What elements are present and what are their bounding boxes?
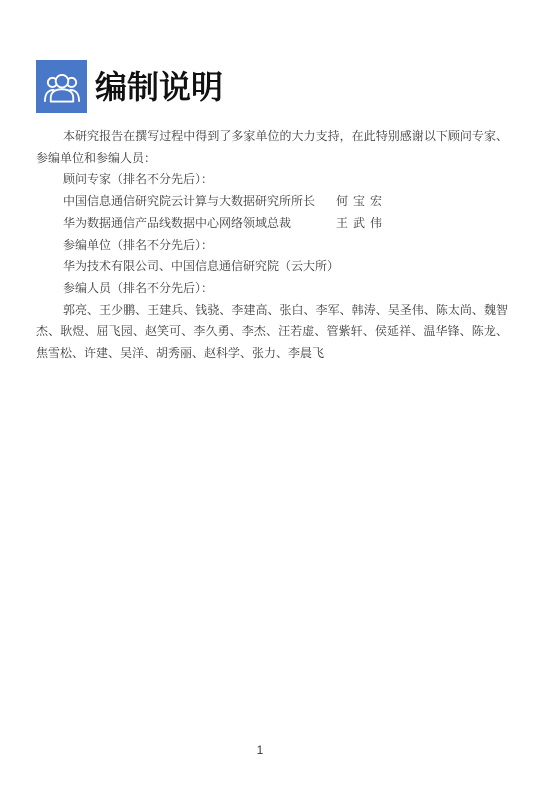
people-group-icon: [36, 60, 87, 113]
people-group-icon-glyph: [42, 67, 82, 107]
section-header: 编制说明: [36, 60, 223, 113]
page-number: 1: [257, 745, 263, 757]
advisor-row: 华为数据通信产品线数据中心网络领域总裁 王武伟: [36, 213, 508, 235]
content-block: 本研究报告在撰写过程中得到了多家单位的大力支持，在此特别感谢以下顾问专家、参编单…: [36, 126, 508, 365]
intro-paragraph: 本研究报告在撰写过程中得到了多家单位的大力支持，在此特别感谢以下顾问专家、参编单…: [36, 126, 508, 169]
orgs-list: 华为技术有限公司、中国信息通信研究院（云大所）: [36, 256, 508, 278]
people-heading: 参编人员（排名不分先后）：: [36, 278, 508, 300]
advisor-name: 何宝宏: [336, 191, 387, 213]
advisors-heading: 顾问专家（排名不分先后）：: [36, 169, 508, 191]
orgs-heading: 参编单位（排名不分先后）：: [36, 235, 508, 257]
advisor-name: 王武伟: [336, 213, 387, 235]
page-footer: 1: [0, 745, 520, 757]
advisor-row: 中国信息通信研究院云计算与大数据研究所所长 何宝宏: [36, 191, 508, 213]
document-page: 编制说明 本研究报告在撰写过程中得到了多家单位的大力支持，在此特别感谢以下顾问专…: [0, 0, 559, 794]
advisor-role: 中国信息通信研究院云计算与大数据研究所所长: [63, 194, 315, 208]
page-title: 编制说明: [95, 71, 223, 103]
people-list: 郭亮、王少鹏、王建兵、钱骁、李建高、张白、李军、韩涛、吴圣伟、陈太尚、魏智杰、耿…: [36, 300, 508, 365]
advisor-role: 华为数据通信产品线数据中心网络领域总裁: [63, 216, 291, 230]
